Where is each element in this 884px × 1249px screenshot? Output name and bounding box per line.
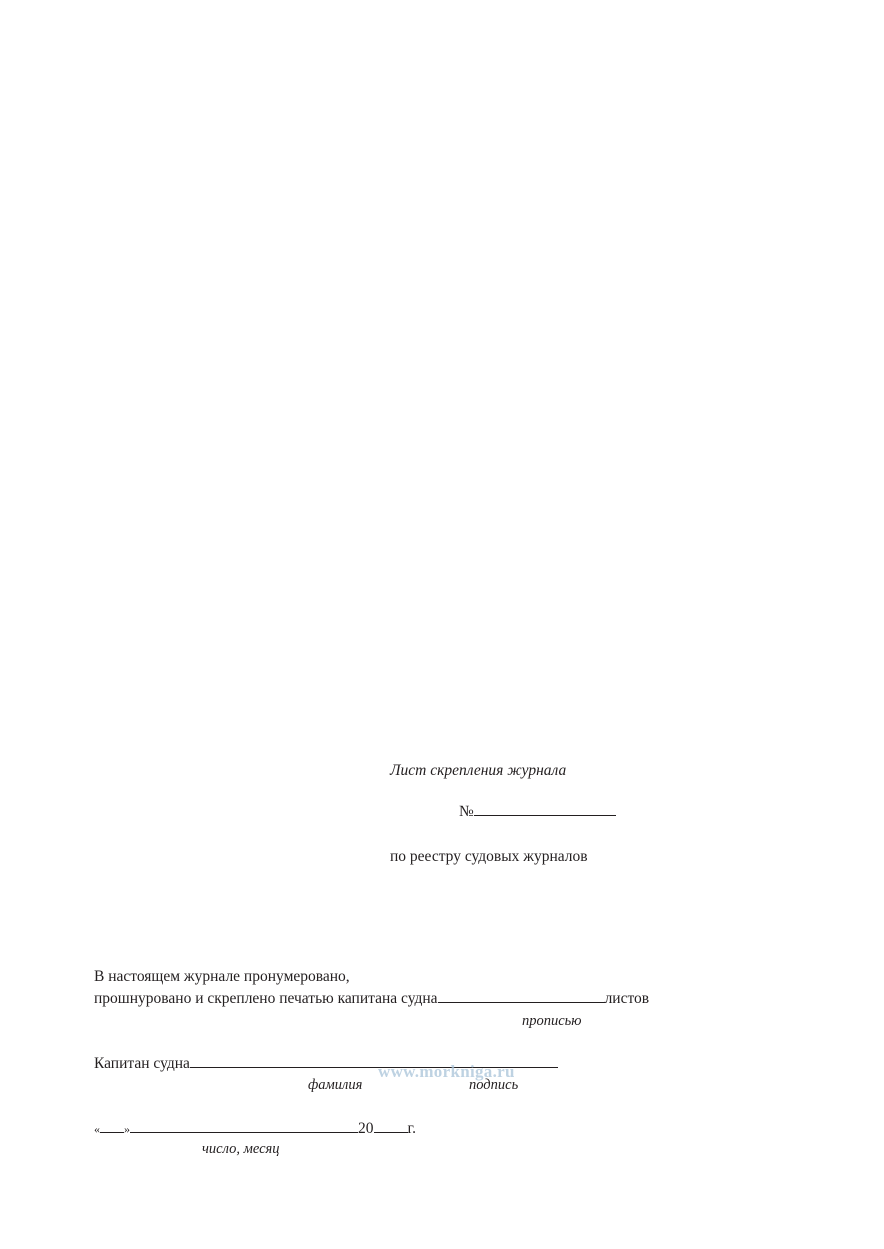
date-row: «»20г. [94, 1120, 416, 1138]
year-field[interactable] [374, 1131, 408, 1133]
body-line-2-text: прошнуровано и скреплено печатью капитан… [94, 990, 438, 1007]
year-suffix: г. [408, 1120, 416, 1137]
month-field[interactable] [130, 1131, 358, 1133]
registry-text: по реестру судовых журналов [390, 848, 588, 866]
close-quote: » [124, 1122, 130, 1136]
surname-hint: фамилия [308, 1077, 362, 1094]
number-sign: № [459, 803, 474, 820]
year-prefix: 20 [358, 1120, 374, 1137]
signature-hint: подпись [469, 1077, 518, 1094]
sheets-count-field[interactable] [438, 1001, 605, 1003]
day-field[interactable] [100, 1131, 124, 1133]
body-line-1: В настоящем журнале пронумеровано, [94, 968, 350, 986]
body-line-2: прошнуровано и скреплено печатью капитан… [94, 990, 649, 1008]
date-hint: число, месяц [202, 1141, 280, 1158]
form-title: Лист скрепления журнала [390, 762, 566, 780]
journal-number-field[interactable] [474, 814, 616, 816]
captain-label: Капитан судна [94, 1055, 190, 1072]
journal-number-row: № [459, 803, 616, 821]
sheets-hint: прописью [522, 1013, 582, 1030]
sheets-word: листов [605, 990, 650, 1007]
open-quote: « [94, 1122, 100, 1136]
